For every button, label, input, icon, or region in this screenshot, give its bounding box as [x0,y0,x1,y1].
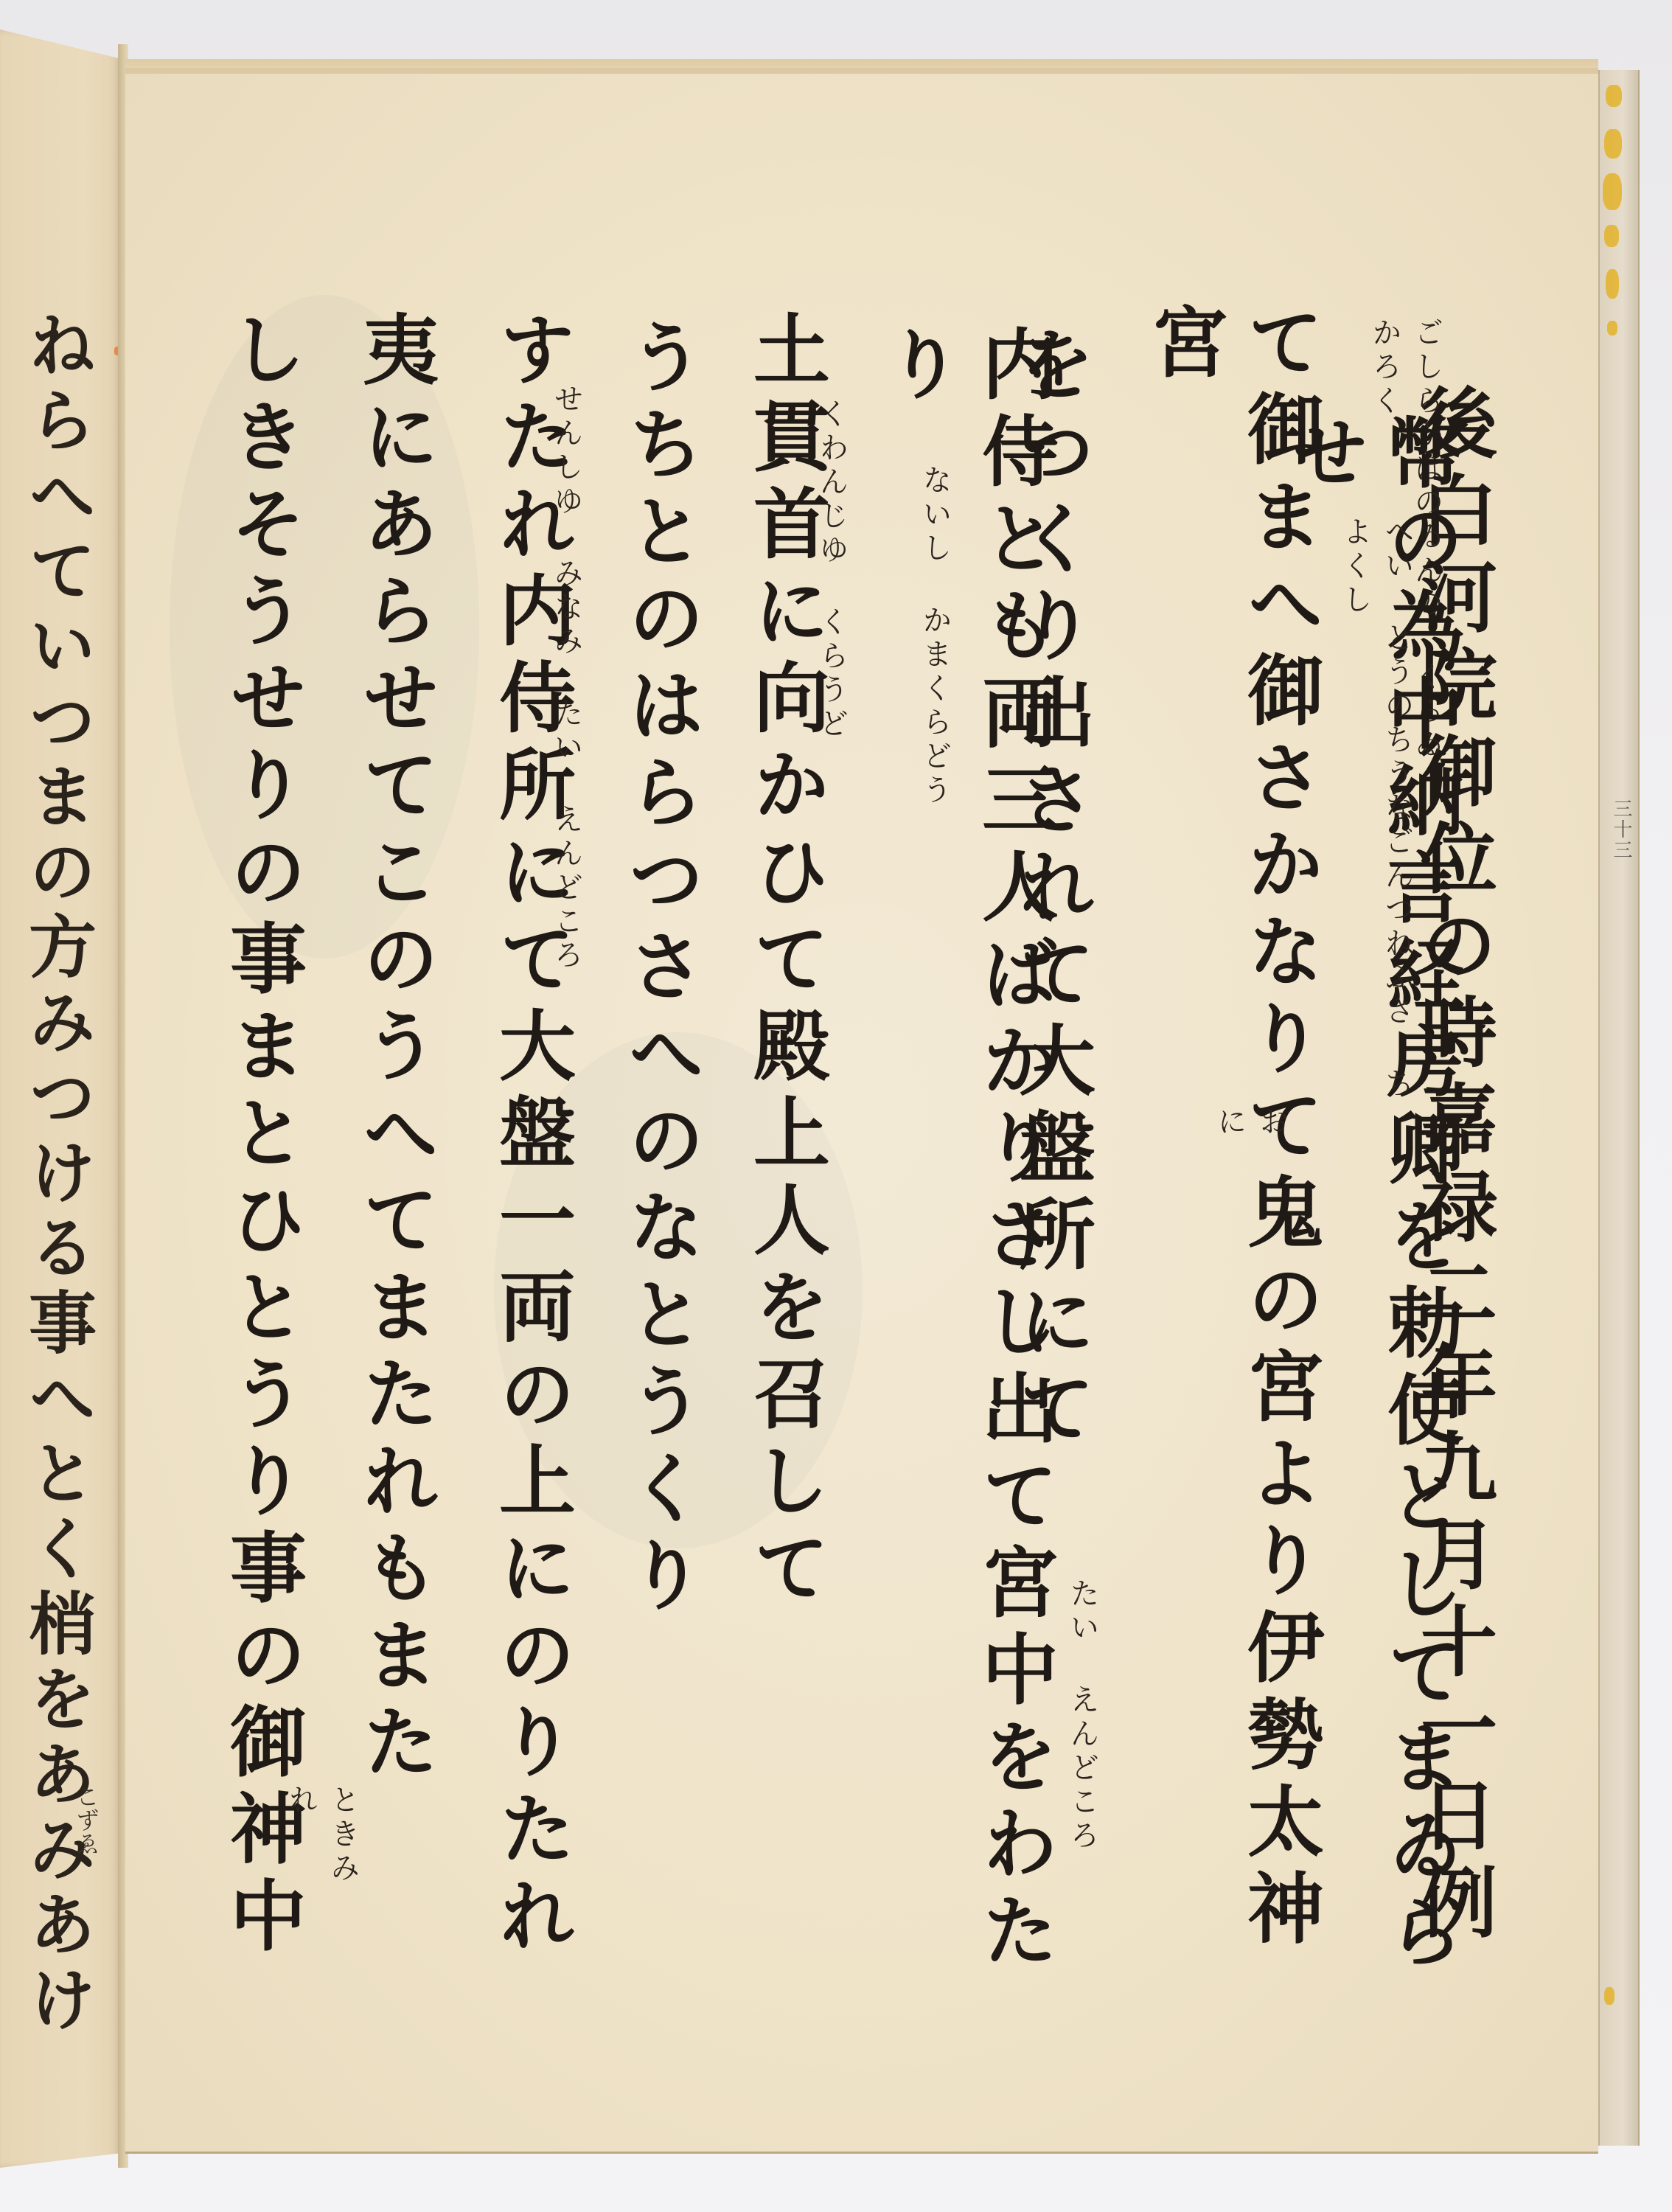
left-page-furigana: こずゑ [74,1784,103,1855]
furigana-column-2: へい とうのちうなごんつねふさ ちよくし [1334,516,1418,1106]
gold-leaf-fleck [1604,225,1619,247]
text-column-9: 夷にあらせてこのうへてまたれもまた [346,310,442,1983]
fore-edge-gilded [1598,70,1640,2146]
left-page: ねらへていつまの方みつける事へとく梢をあみあけ こずゑ [0,29,122,2168]
furigana-column-5: ないし かまくらどう [914,465,956,1128]
furigana-column-3: おに [1209,1106,1293,1165]
furigana-column-6: くわんじゆ くらうど [811,398,853,1283]
furigana-column-4: たい えんどころ [1062,1578,1104,1888]
gold-leaf-fleck [1606,85,1622,107]
text-column-5: 内侍とも両三人ばかりさし出て宮中をわたり [870,324,1062,1998]
gold-leaf-fleck [1606,269,1619,299]
text-column-7: うちとのはらつさへのなとうくり [612,317,708,1991]
gold-leaf-fleck [1603,173,1622,210]
gold-leaf-fleck [1604,1987,1614,2005]
page-number: 三十三 [1601,771,1635,888]
furigana-column-8: せんしゆ みなみ たい えんどころ [546,383,588,1194]
gold-leaf-fleck [1607,321,1617,335]
text-column-10: しきそうせりの事まとひとうり事の御神中 [214,310,310,2006]
furigana-column-10: ときみれ [280,1784,364,1917]
gold-leaf-fleck [1604,129,1622,159]
open-book: ねらへていつまの方みつける事へとく梢をあみあけ こずゑ 三十三 後白河院御位の時… [0,0,1672,2212]
